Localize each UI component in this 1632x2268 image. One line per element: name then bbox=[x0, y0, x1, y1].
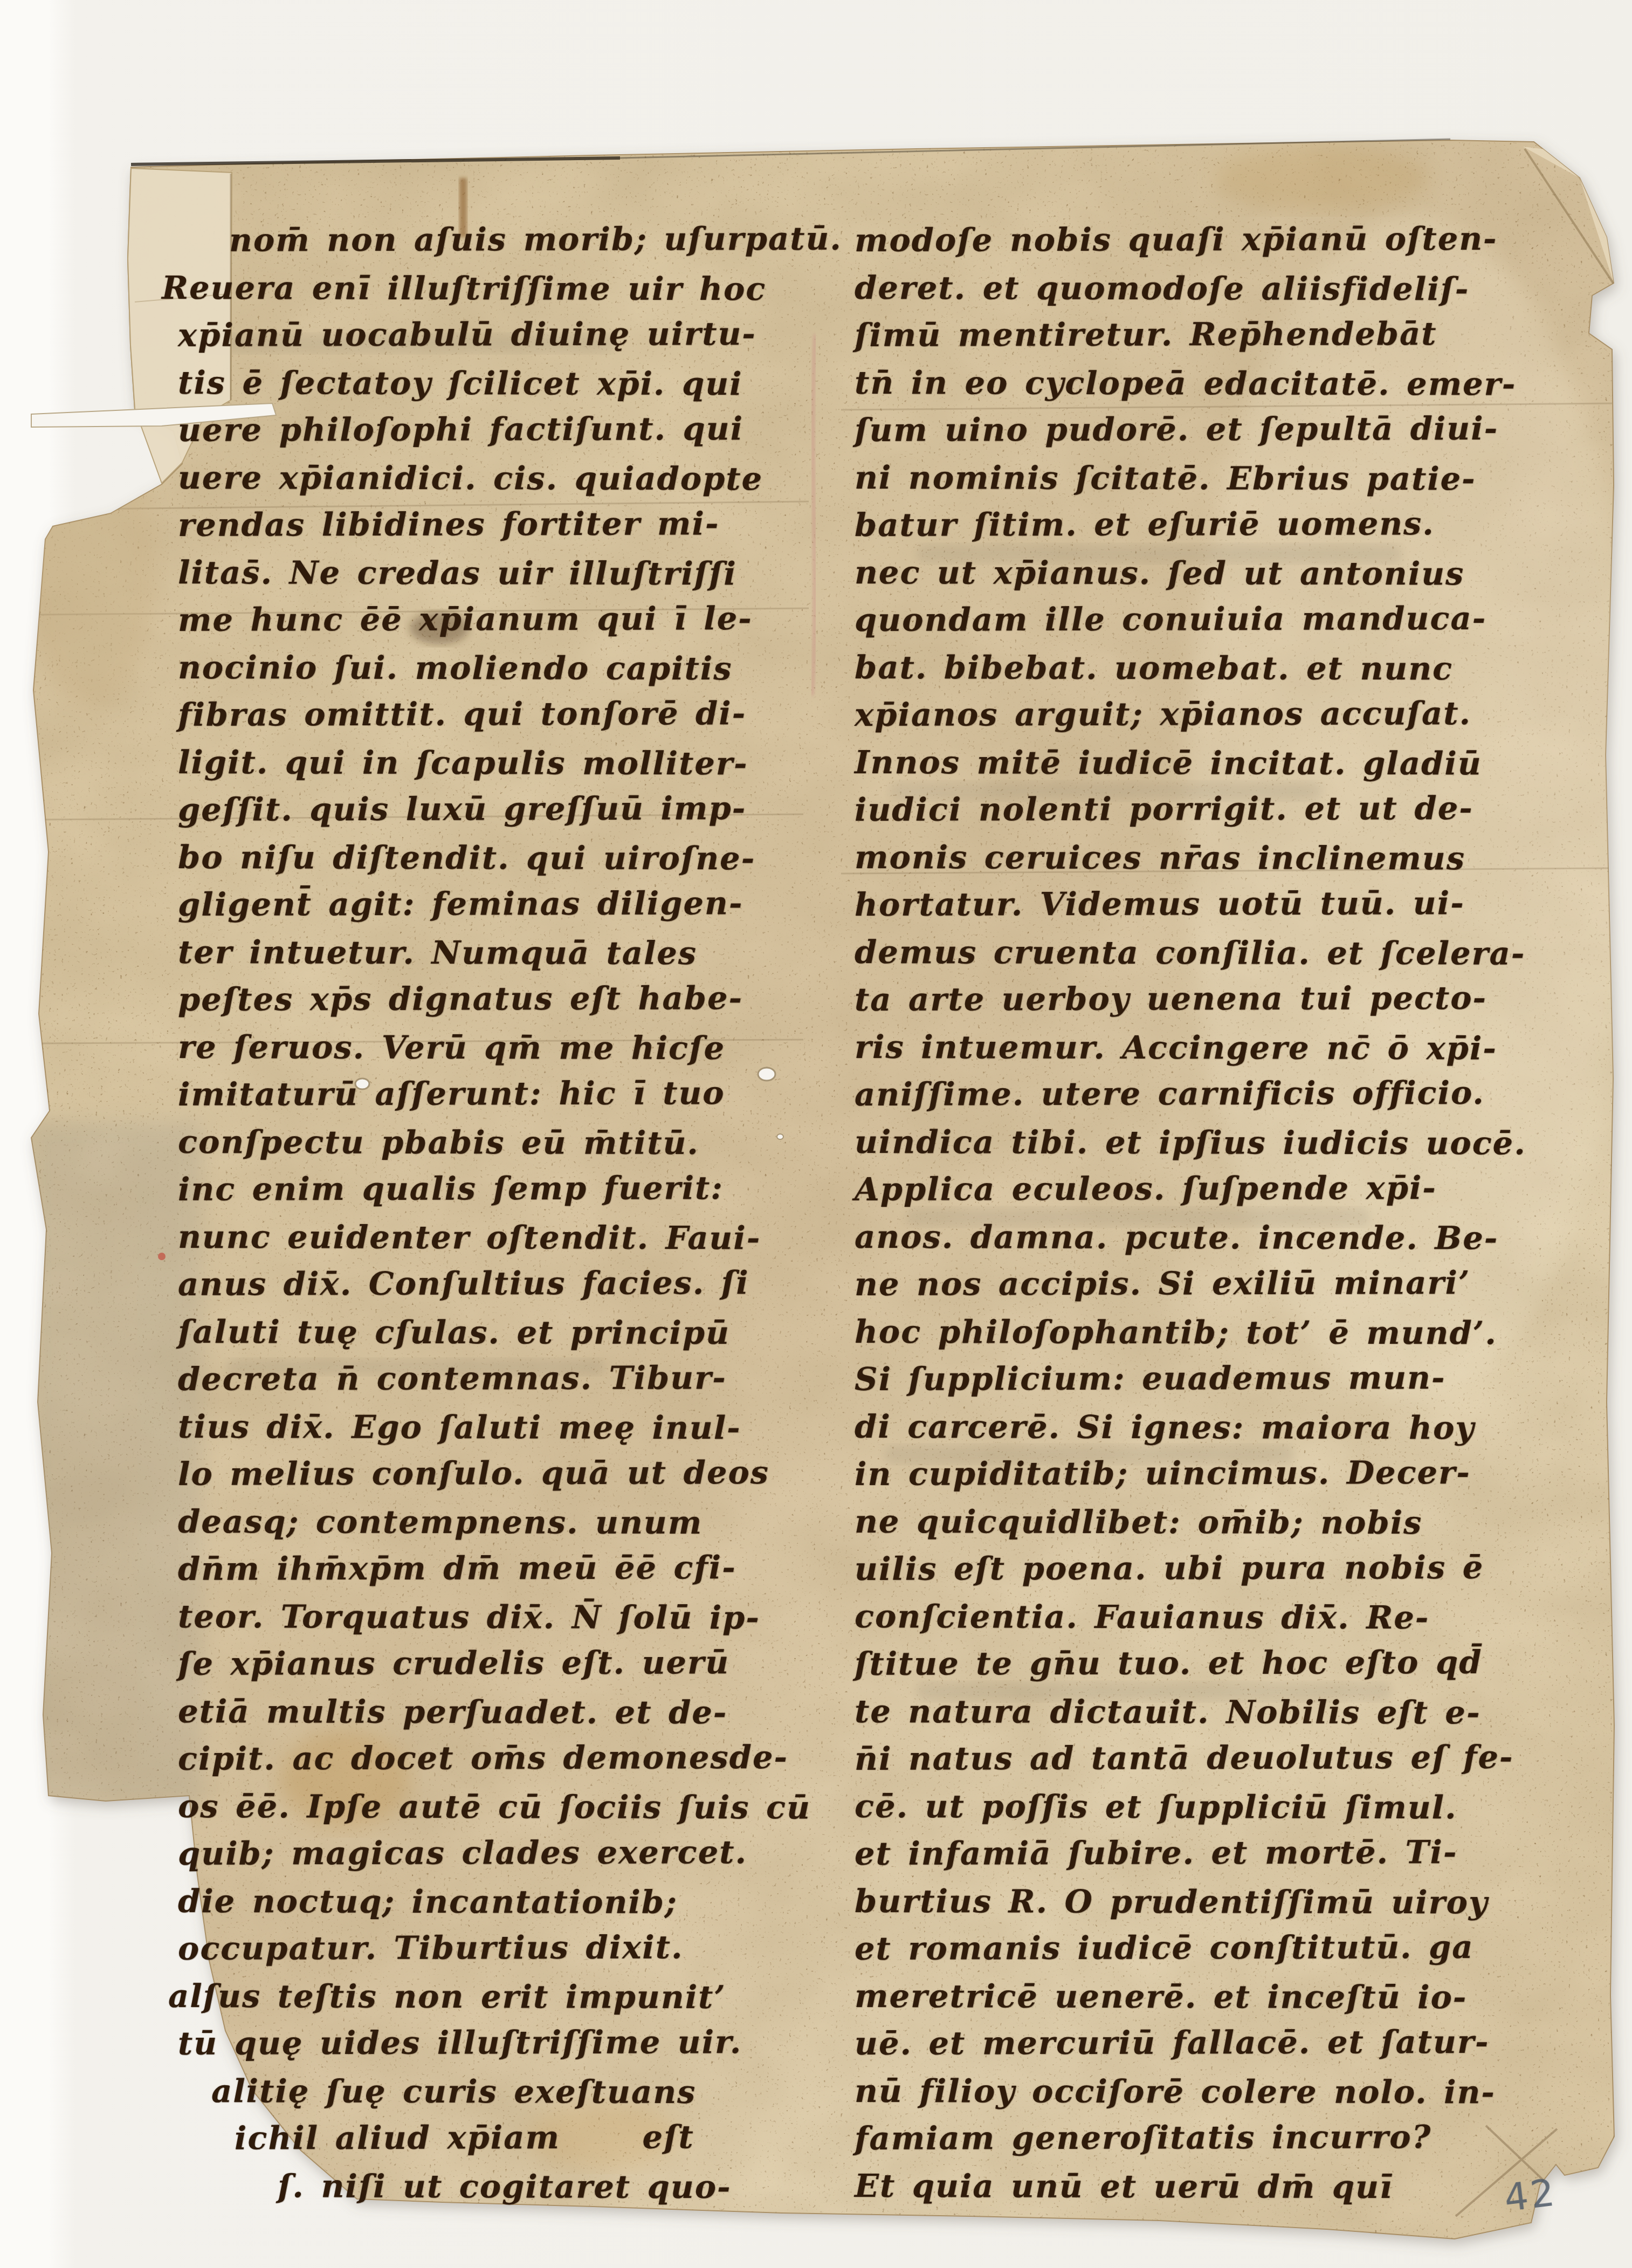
text-line: quib; magicas clades exercet. bbox=[162, 1829, 820, 1878]
text-line: bo niſu diſtendit. qui uiroſne- bbox=[162, 834, 820, 883]
text-line: me hunc ēē xp̄ianum qui ī le- bbox=[162, 595, 820, 644]
text-line: peſtes xp̄s dignatus eſt habe- bbox=[162, 974, 820, 1023]
text-line: hoc philoſophantib; tot’ ē mund’. bbox=[855, 1308, 1534, 1357]
text-line: iudici nolenti porrigit. et ut de- bbox=[855, 785, 1534, 834]
text-line: alitię ſuę curis exeſtuans bbox=[162, 2067, 820, 2116]
text-line: die noctuq; incantationib; bbox=[162, 1878, 820, 1927]
text-line: et romanis iudicē conſtitutū. ga bbox=[855, 1923, 1534, 1973]
text-line: nocinio ſui. moliendo capitis bbox=[162, 644, 820, 693]
text-line: teor. Torquatus dix̄. N̄ ſolū ip- bbox=[162, 1593, 820, 1642]
text-line: etiā multis perſuadet. et de- bbox=[162, 1688, 820, 1737]
text-line: litas̄. Ne credas uir illuſtriſſi bbox=[162, 549, 820, 598]
text-line: hortatur. Videmus uotū tuū. ui- bbox=[855, 879, 1534, 929]
text-line: gligent̄ agit: feminas diligen- bbox=[162, 879, 820, 929]
text-line: Applica eculeos. ſuſpende xp̄i- bbox=[855, 1164, 1534, 1213]
text-line: in cupiditatib; uincimus. Decer- bbox=[855, 1449, 1534, 1498]
text-line: imitaturū aſſerunt: hic ī tuo bbox=[162, 1069, 820, 1118]
text-line: decreta n̄ contemnas. Tibur- bbox=[162, 1354, 820, 1403]
folio-number-pencil: 42 bbox=[1502, 2170, 1559, 2220]
text-line: dn̄m ihm̄xp̄m dm̄ meū ēē cfi- bbox=[162, 1544, 820, 1593]
text-line: anos. damna. pcute. incende. Be- bbox=[855, 1213, 1534, 1262]
text-line: ſaluti tuę cſulas. et principū bbox=[162, 1308, 820, 1357]
text-line: re ſeruos. Verū qm̄ me hicſe bbox=[162, 1023, 820, 1073]
text-line: alſus teſtis non erit impunit’ bbox=[162, 1973, 820, 2022]
text-line: uere xp̄ianidici. cis. quiadopte bbox=[162, 454, 820, 503]
text-line: ni nominis ſcitatē. Ebrius patie- bbox=[855, 454, 1534, 503]
text-line: tn̄ in eo cyclopeā edacitatē. emer- bbox=[855, 359, 1534, 408]
text-line: inc enim qualis ſemp fuerit: bbox=[162, 1164, 820, 1213]
text-column-right: modoſe nobis quaſi xp̄ianū oſten-deret. … bbox=[855, 217, 1534, 2210]
text-line: famiam generoſitatis incurro? bbox=[855, 2113, 1534, 2162]
text-line: ligit. qui in ſcapulis molliter- bbox=[162, 739, 820, 788]
text-line: anus dix̄. Conſultius facies. ſi bbox=[162, 1259, 820, 1308]
text-line: tū quę uides illuſtriſſime uir. bbox=[162, 2018, 820, 2067]
text-line: cē. ut poſſis et ſuppliciū ſimul. bbox=[855, 1783, 1534, 1832]
text-line: aniſſime. utere carnificis officio. bbox=[855, 1069, 1534, 1118]
text-line: nū filioy occiſorē colere nolo. in- bbox=[855, 2067, 1534, 2116]
text-line: conſpectu pbabis eū m̄titū. bbox=[162, 1118, 820, 1167]
text-line: modoſe nobis quaſi xp̄ianū oſten- bbox=[855, 215, 1534, 264]
text-line: te natura dictauit. Nobilis eſt e- bbox=[855, 1688, 1534, 1737]
text-line: monis ceruices nr̄as inclinemus bbox=[855, 834, 1534, 883]
text-line: bat. bibebat. uomebat. et nunc bbox=[855, 644, 1534, 693]
text-line: ſe xp̄ianus crudelis eſt. uerū bbox=[162, 1639, 820, 1688]
text-line: di carcerē. Si ignes: maiora hoy bbox=[855, 1403, 1534, 1452]
text-line: xp̄ianos arguit; xp̄ianos accuſat. bbox=[855, 690, 1534, 739]
text-line: ſimū mentiretur. Rep̄hendebāt bbox=[855, 310, 1534, 359]
text-line: Et quia unū et uerū dm̄ quī bbox=[855, 2162, 1534, 2211]
text-line: demus cruenta conſilia. et ſcelera- bbox=[855, 929, 1534, 978]
text-line: Si ſupplicium: euademus mun- bbox=[855, 1354, 1534, 1403]
text-line: ta arte uerboy uenena tui pecto- bbox=[855, 974, 1534, 1023]
scanned-manuscript-page: nom̄ non aſuis morib; uſurpatū.Reuera en… bbox=[0, 0, 1632, 2268]
text-line: nom̄ non aſuis morib; uſurpatū. bbox=[162, 215, 820, 264]
text-line: occupatur. Tiburtius dixit. bbox=[162, 1923, 820, 1973]
text-line: ter intuetur. Numquā tales bbox=[162, 929, 820, 978]
text-line: ichil aliud xp̄iam eſt bbox=[162, 2113, 820, 2162]
text-line: nec ut xp̄ianus. ſed ut antonius bbox=[855, 549, 1534, 598]
text-line: ſum uino pudorē. et ſepultā diui- bbox=[855, 405, 1534, 454]
text-line: ſtitue te gn̄u tuo. et hoc eſto qd̄ bbox=[855, 1639, 1534, 1688]
text-line: Reuera enī illuſtriſſime uir hoc bbox=[162, 264, 820, 313]
text-line: et infamiā ſubire. et mortē. Ti- bbox=[855, 1829, 1534, 1878]
text-line: Innos mitē iudicē incitat. gladiū bbox=[855, 739, 1534, 788]
text-line: fibras omittit. qui tonſorē di- bbox=[162, 690, 820, 739]
text-line: ne nos accipis. Si exiliū minari’ bbox=[855, 1259, 1534, 1308]
text-line: rendas libidines fortiter mi- bbox=[162, 500, 820, 549]
text-line: lo melius conſulo. quā ut deos bbox=[162, 1449, 820, 1498]
text-line: uē. et mercuriū fallacē. et ſatur- bbox=[855, 2018, 1534, 2067]
text-line: ris intuemur. Accingere nc̄ ō xp̄i- bbox=[855, 1023, 1534, 1073]
text-line: uere philoſophi factiſunt. qui bbox=[162, 405, 820, 454]
text-line: tius dix̄. Ego ſaluti meę inul- bbox=[162, 1403, 820, 1452]
text-line: xp̄ianū uocabulū diuinę uirtu- bbox=[162, 310, 820, 359]
text-line: uindica tibi. et ipſius iudicis uocē. bbox=[855, 1118, 1534, 1167]
text-line: burtius R. O prudentiſſimū uiroy bbox=[855, 1878, 1534, 1927]
text-column-left: nom̄ non aſuis morib; uſurpatū.Reuera en… bbox=[162, 217, 820, 2210]
text-line: geſſit. quis luxū greſſuū imp- bbox=[162, 785, 820, 834]
text-line: batur ſitim. et eſuriē uomens. bbox=[855, 500, 1534, 549]
text-line: tis ē ſectatoy ſcilicet xp̄i. qui bbox=[162, 359, 820, 408]
text-line: conſcientia. Fauianus dix̄. Re- bbox=[855, 1593, 1534, 1642]
text-line: nunc euidenter oſtendit. Faui- bbox=[162, 1213, 820, 1262]
text-line: ne quicquidlibet: om̄ib; nobis bbox=[855, 1498, 1534, 1547]
text-line: n̄i natus ad tantā deuolutus eſ fe- bbox=[855, 1734, 1534, 1783]
text-line: uilis eſt poena. ubi pura nobis ē bbox=[855, 1544, 1534, 1593]
text-line: ſ. niſi ut cogitaret quo- bbox=[162, 2162, 820, 2211]
text-line: meretricē uenerē. et inceſtū io- bbox=[855, 1973, 1534, 2022]
text-line: quondam ille conuiuia manduca- bbox=[855, 595, 1534, 644]
text-line: cipit. ac docet om̄s demonesde- bbox=[162, 1734, 820, 1783]
text-line: os ēē. Ipſe autē cū ſociis ſuis cū bbox=[162, 1783, 820, 1832]
text-line: deasq; contempnens. unum bbox=[162, 1498, 820, 1547]
text-line: deret. et quomodoſe aliisfideliſ- bbox=[855, 264, 1534, 313]
